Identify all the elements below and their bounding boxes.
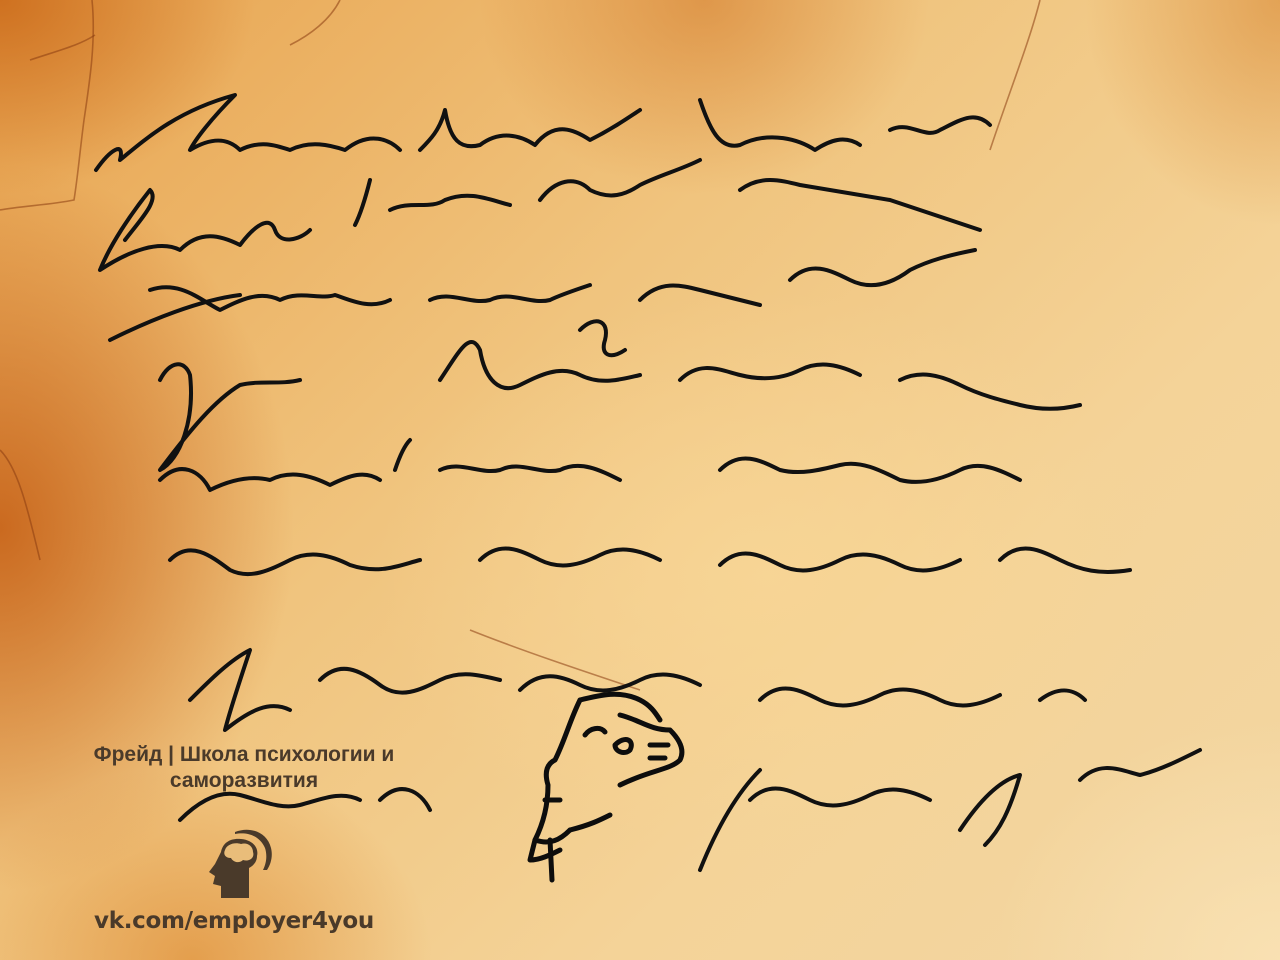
- watermark-title-line2: саморазвития: [44, 768, 444, 794]
- community-url: vk.com/employer4you: [94, 908, 374, 934]
- watermark-title: Фрейд | Школа психологии и саморазвития: [44, 742, 444, 794]
- handwritten-text-and-sketch: [0, 0, 1280, 960]
- profile-sketch: [530, 694, 682, 880]
- watermark-title-line1: Фрейд | Школа психологии и: [44, 742, 444, 768]
- head-with-brain-icon: [195, 812, 285, 898]
